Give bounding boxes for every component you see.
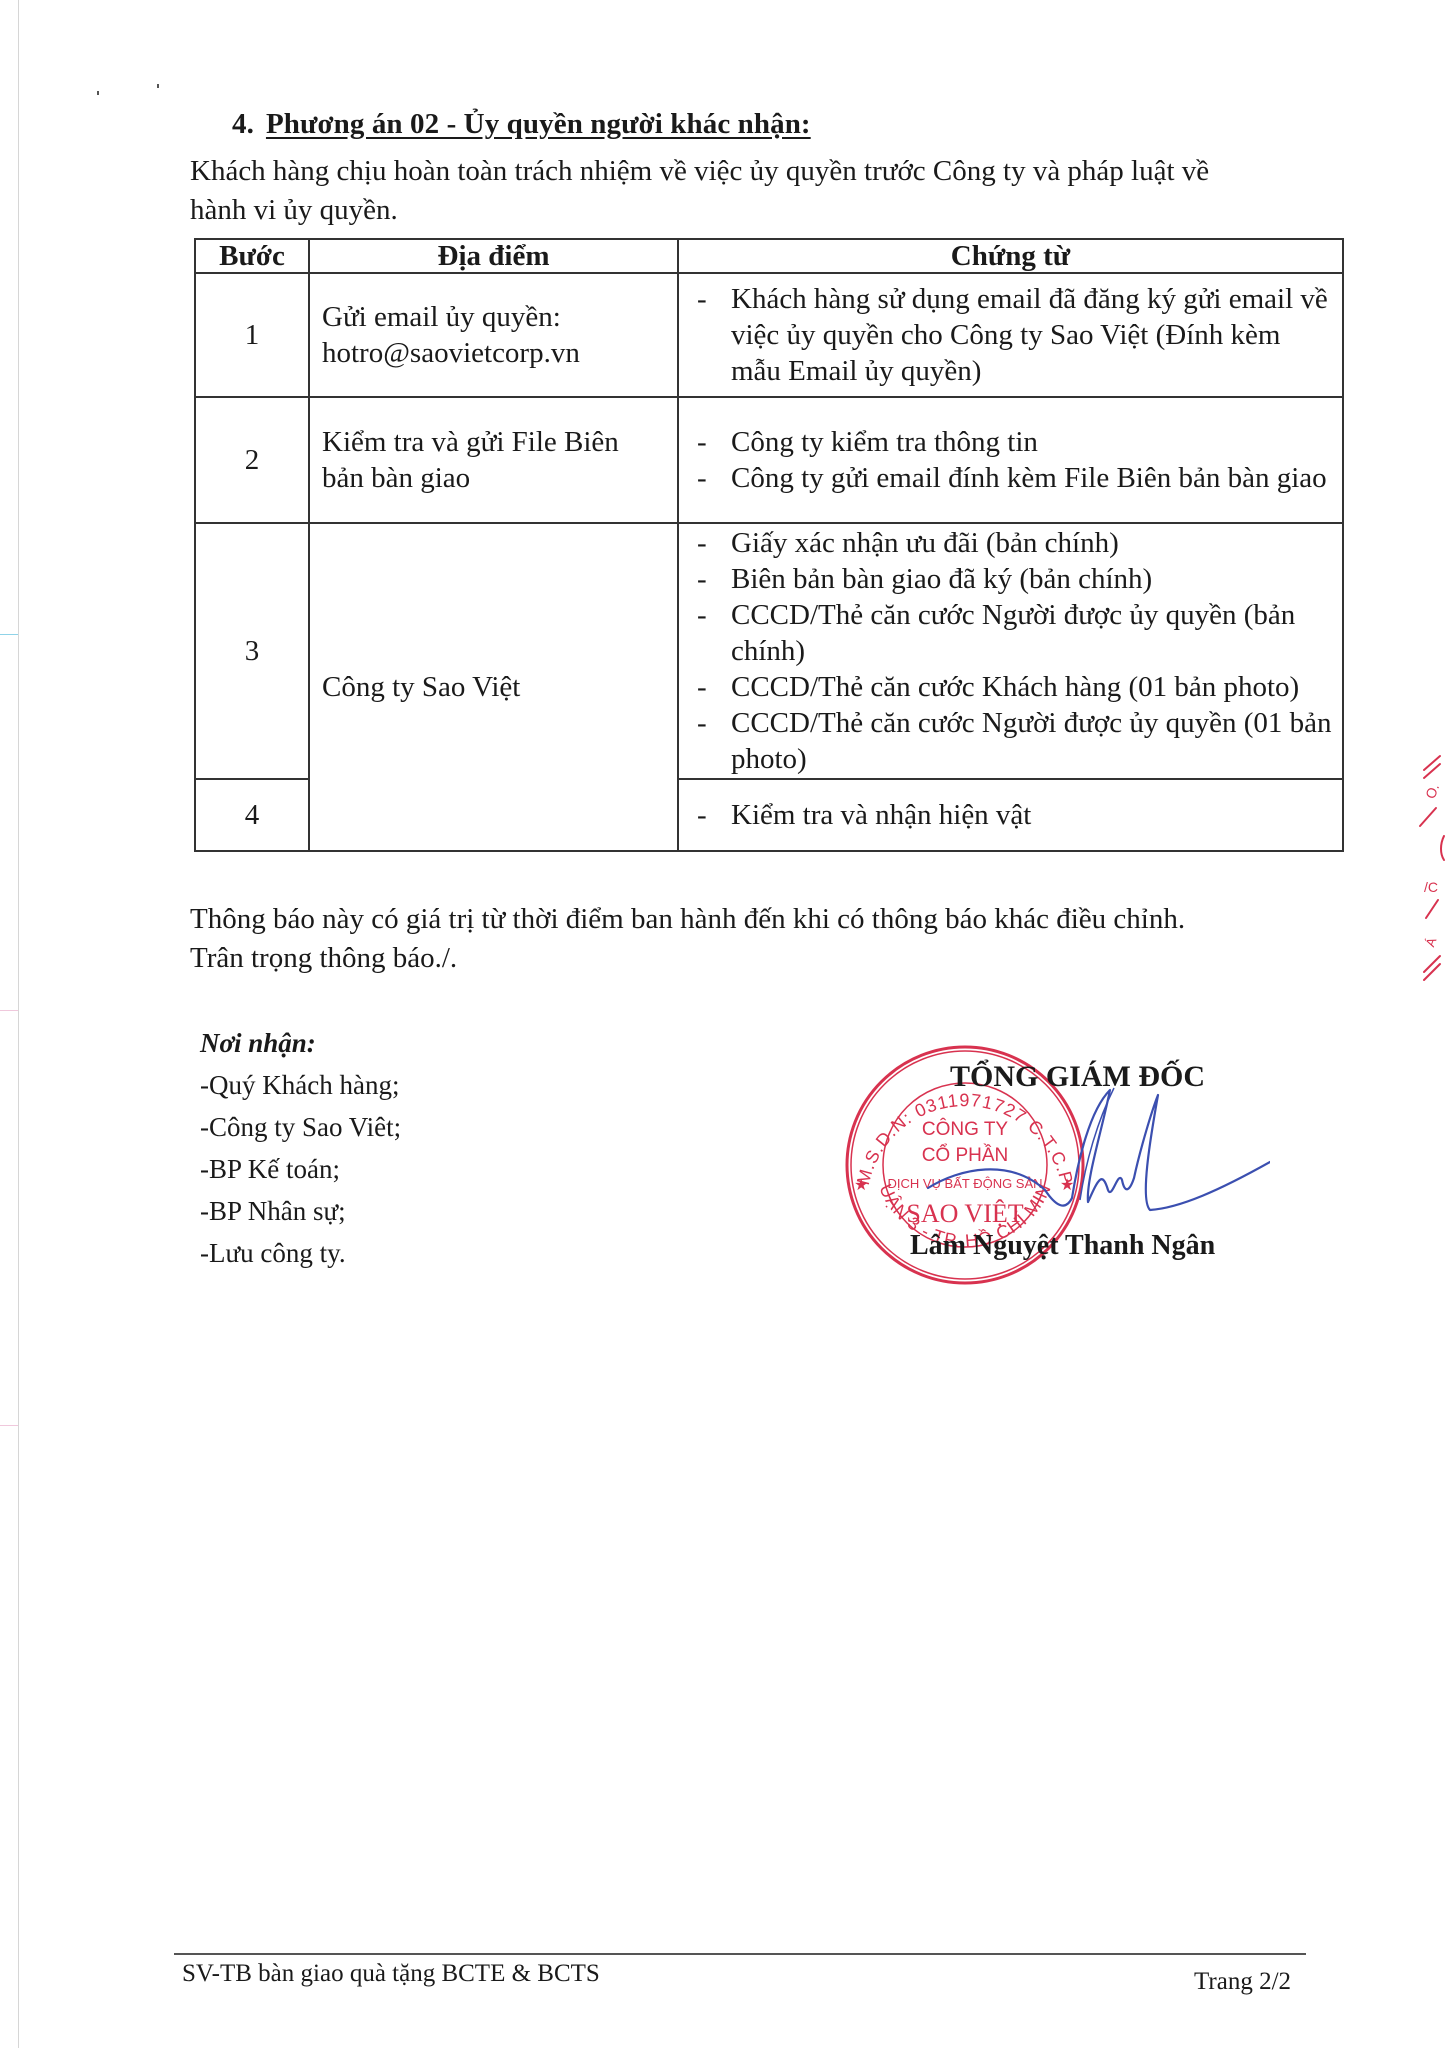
signatory-name: Lâm Nguyệt Thanh Ngân bbox=[910, 1230, 1215, 1262]
section-title: Phương án 02 - Ủy quyền người khác nhận: bbox=[266, 108, 811, 140]
document-item: Khách hàng sử dụng email đã đăng ký gửi … bbox=[691, 281, 1334, 389]
recipients-label: Nơi nhận: bbox=[200, 1022, 401, 1064]
header-step: Bước bbox=[195, 239, 309, 273]
scan-artifact bbox=[0, 1425, 18, 1426]
intro-line: hành vi ủy quyền. bbox=[190, 191, 1340, 230]
place-line: Gửi email ủy quyền: bbox=[322, 299, 676, 335]
footer-document-code: SV-TB bàn giao quà tặng BCTE & BCTS bbox=[182, 1960, 600, 1988]
section-number: 4. bbox=[232, 108, 254, 140]
table-row: 1 Gửi email ủy quyền: hotro@saovietcorp.… bbox=[195, 273, 1343, 397]
header-place: Địa điểm bbox=[309, 239, 678, 273]
footer-divider bbox=[174, 1953, 1306, 1955]
intro-line: Khách hàng chịu hoàn toàn trách nhiệm về… bbox=[190, 152, 1340, 191]
signature-block: M.S.D.N: 0311971727 C.T.C.P QUẬN 3 - TP.… bbox=[840, 1040, 1270, 1300]
document-item: Giấy xác nhận ưu đãi (bản chính) bbox=[691, 525, 1334, 561]
scan-speck bbox=[157, 84, 159, 88]
recipient-item: -BP Kế toán; bbox=[200, 1148, 401, 1190]
steps-table: Bước Địa điểm Chứng từ 1 Gửi email ủy qu… bbox=[194, 238, 1344, 852]
step-number: 1 bbox=[195, 273, 309, 397]
recipient-item: -Lưu công ty. bbox=[200, 1232, 401, 1274]
table-row: 2 Kiểm tra và gửi File Biên bản bàn giao… bbox=[195, 397, 1343, 523]
step-documents: Kiểm tra và nhận hiện vật bbox=[678, 779, 1343, 851]
step-number: 2 bbox=[195, 397, 309, 523]
signatory-title: TỔNG GIÁM ĐỐC bbox=[950, 1060, 1205, 1094]
step-number: 3 bbox=[195, 523, 309, 779]
document-item: CCCD/Thẻ căn cước Khách hàng (01 bản pho… bbox=[691, 669, 1334, 705]
intro-paragraph: Khách hàng chịu hoàn toàn trách nhiệm về… bbox=[190, 152, 1340, 230]
step-place: Kiểm tra và gửi File Biên bản bàn giao bbox=[309, 397, 678, 523]
step-documents: Công ty kiểm tra thông tin Công ty gửi e… bbox=[678, 397, 1343, 523]
section-heading: 4.Phương án 02 - Ủy quyền người khác nhậ… bbox=[232, 108, 811, 141]
closing-paragraph: Thông báo này có giá trị từ thời điểm ba… bbox=[190, 900, 1185, 978]
header-documents: Chứng từ bbox=[678, 239, 1343, 273]
footer-page-number: Trang 2/2 bbox=[1194, 1968, 1291, 1996]
recipient-item: -BP Nhân sự; bbox=[200, 1190, 401, 1232]
document-item: Biên bản bàn giao đã ký (bản chính) bbox=[691, 561, 1334, 597]
place-line: bản bàn giao bbox=[322, 460, 676, 496]
scan-artifact bbox=[0, 1010, 18, 1011]
step-number: 4 bbox=[195, 779, 309, 851]
step-documents: Giấy xác nhận ưu đãi (bản chính) Biên bả… bbox=[678, 523, 1343, 779]
document-item: Kiểm tra và nhận hiện vật bbox=[691, 797, 1334, 833]
svg-text:/C: /C bbox=[1424, 879, 1438, 895]
table-row: 3 Công ty Sao Việt Giấy xác nhận ưu đãi … bbox=[195, 523, 1343, 779]
recipient-item: -Quý Khách hàng; bbox=[200, 1064, 401, 1106]
step-place: Công ty Sao Việt bbox=[309, 523, 678, 851]
scan-edge-line bbox=[18, 0, 19, 2048]
margin-seal-fragment-icon: O. /C Á bbox=[1410, 750, 1448, 990]
recipient-item: -Công ty Sao Viêt; bbox=[200, 1106, 401, 1148]
place-line: Kiểm tra và gửi File Biên bbox=[322, 424, 676, 460]
scan-artifact bbox=[0, 634, 18, 635]
step-documents: Khách hàng sử dụng email đã đăng ký gửi … bbox=[678, 273, 1343, 397]
scan-speck bbox=[97, 91, 99, 95]
closing-line: Thông báo này có giá trị từ thời điểm ba… bbox=[190, 900, 1185, 939]
svg-text:Á: Á bbox=[1422, 935, 1439, 949]
document-item: Công ty gửi email đính kèm File Biên bản… bbox=[691, 460, 1334, 496]
document-item: CCCD/Thẻ căn cước Người được ủy quyền (0… bbox=[691, 705, 1334, 777]
document-item: CCCD/Thẻ căn cước Người được ủy quyền (b… bbox=[691, 597, 1334, 669]
place-line: Công ty Sao Việt bbox=[322, 669, 676, 705]
svg-text:O.: O. bbox=[1422, 781, 1442, 800]
closing-line: Trân trọng thông báo./. bbox=[190, 939, 1185, 978]
step-place: Gửi email ủy quyền: hotro@saovietcorp.vn bbox=[309, 273, 678, 397]
document-item: Công ty kiểm tra thông tin bbox=[691, 424, 1334, 460]
recipients-block: Nơi nhận: -Quý Khách hàng; -Công ty Sao … bbox=[200, 1022, 401, 1274]
table-header-row: Bước Địa điểm Chứng từ bbox=[195, 239, 1343, 273]
place-email: hotro@saovietcorp.vn bbox=[322, 335, 676, 371]
